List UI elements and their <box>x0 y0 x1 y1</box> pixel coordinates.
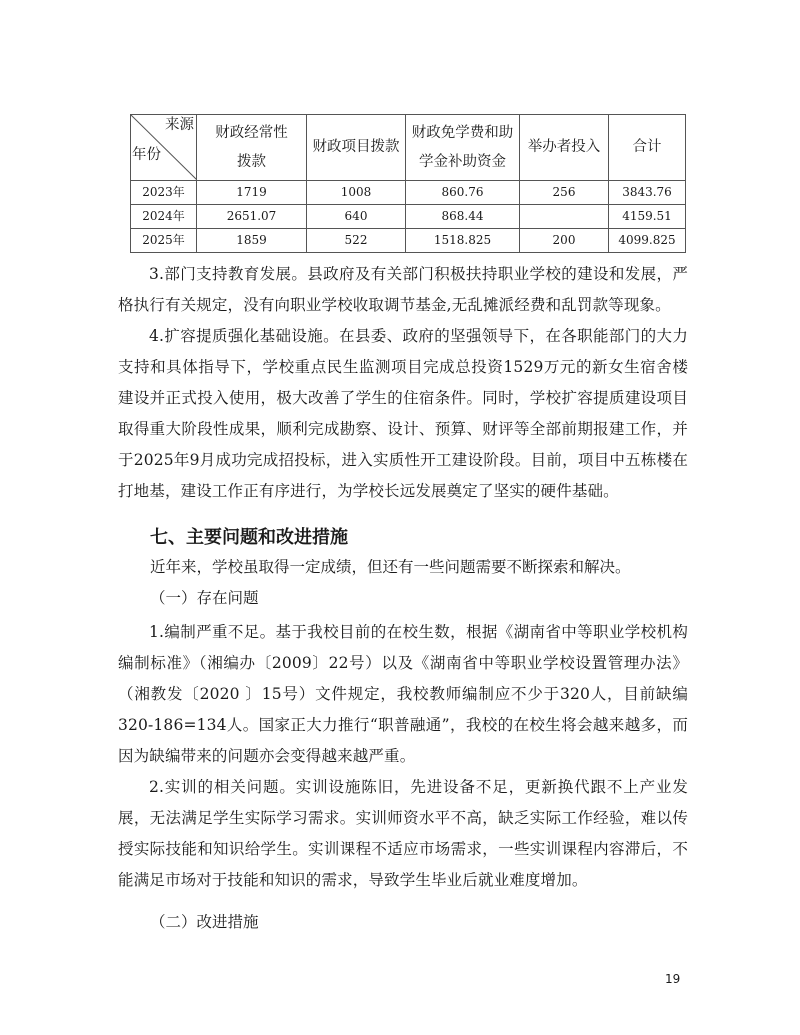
page-number: 19 <box>665 972 680 986</box>
table-cell: 3843.76 <box>609 181 686 205</box>
table-cell: 868.44 <box>406 205 520 229</box>
table-cell: 860.76 <box>406 181 520 205</box>
document-page: 来源 年份 财政经常性 拨款 财政项目拨款 财政免学费和助 学金补助资金 举办者… <box>0 0 800 1035</box>
table-header-cell: 合计 <box>609 115 686 181</box>
table-cell: 256 <box>520 181 609 205</box>
table-cell: 1518.825 <box>406 229 520 253</box>
source-label: 来源 <box>165 115 194 135</box>
table-cell: 1719 <box>197 181 307 205</box>
paragraph-infrastructure: 4.扩容提质强化基础设施。在县委、政府的坚强领导下，在各职能部门的大力支持和具体… <box>118 321 688 507</box>
table-cell: 4159.51 <box>609 205 686 229</box>
paragraph-dept-support: 3.部门支持教育发展。县政府及有关部门积极扶持职业学校的建设和发展，严格执行有关… <box>118 259 688 321</box>
table-cell: 522 <box>307 229 406 253</box>
table-header-row: 来源 年份 财政经常性 拨款 财政项目拨款 财政免学费和助 学金补助资金 举办者… <box>131 115 686 181</box>
year-cell: 2024年 <box>131 205 197 229</box>
table-corner-cell: 来源 年份 <box>131 115 197 181</box>
table-row: 2023年 1719 1008 860.76 256 3843.76 <box>131 181 686 205</box>
paragraph-staffing: 1.编制严重不足。基于我校目前的在校生数，根据《湖南省中等职业学校机构编制标准》… <box>118 617 688 772</box>
table-header-cell: 财政经常性 拨款 <box>197 115 307 181</box>
table-row: 2024年 2651.07 640 868.44 4159.51 <box>131 205 686 229</box>
paragraph-training: 2.实训的相关问题。实训设施陈旧，先进设备不足，更新换代跟不上产业发展，无法满足… <box>118 772 688 896</box>
table-cell: 4099.825 <box>609 229 686 253</box>
table-cell: 1008 <box>307 181 406 205</box>
year-cell: 2025年 <box>131 229 197 253</box>
section-heading: 七、主要问题和改进措施 <box>150 523 348 549</box>
table-cell: 1859 <box>197 229 307 253</box>
table-cell: 640 <box>307 205 406 229</box>
year-cell: 2023年 <box>131 181 197 205</box>
subheading-problems: （一）存在问题 <box>150 586 259 608</box>
section-intro: 近年来，学校虽取得一定成绩，但还有一些问题需要不断探索和解决。 <box>150 555 631 577</box>
subheading-improvements: （二）改进措施 <box>150 910 259 932</box>
table-cell <box>520 205 609 229</box>
table-header-cell: 财政免学费和助 学金补助资金 <box>406 115 520 181</box>
table-header-cell: 举办者投入 <box>520 115 609 181</box>
funding-table: 来源 年份 财政经常性 拨款 财政项目拨款 财政免学费和助 学金补助资金 举办者… <box>130 114 686 253</box>
table-header-cell: 财政项目拨款 <box>307 115 406 181</box>
table-row: 2025年 1859 522 1518.825 200 4099.825 <box>131 229 686 253</box>
table-cell: 200 <box>520 229 609 253</box>
year-label: 年份 <box>132 145 161 165</box>
table-cell: 2651.07 <box>197 205 307 229</box>
